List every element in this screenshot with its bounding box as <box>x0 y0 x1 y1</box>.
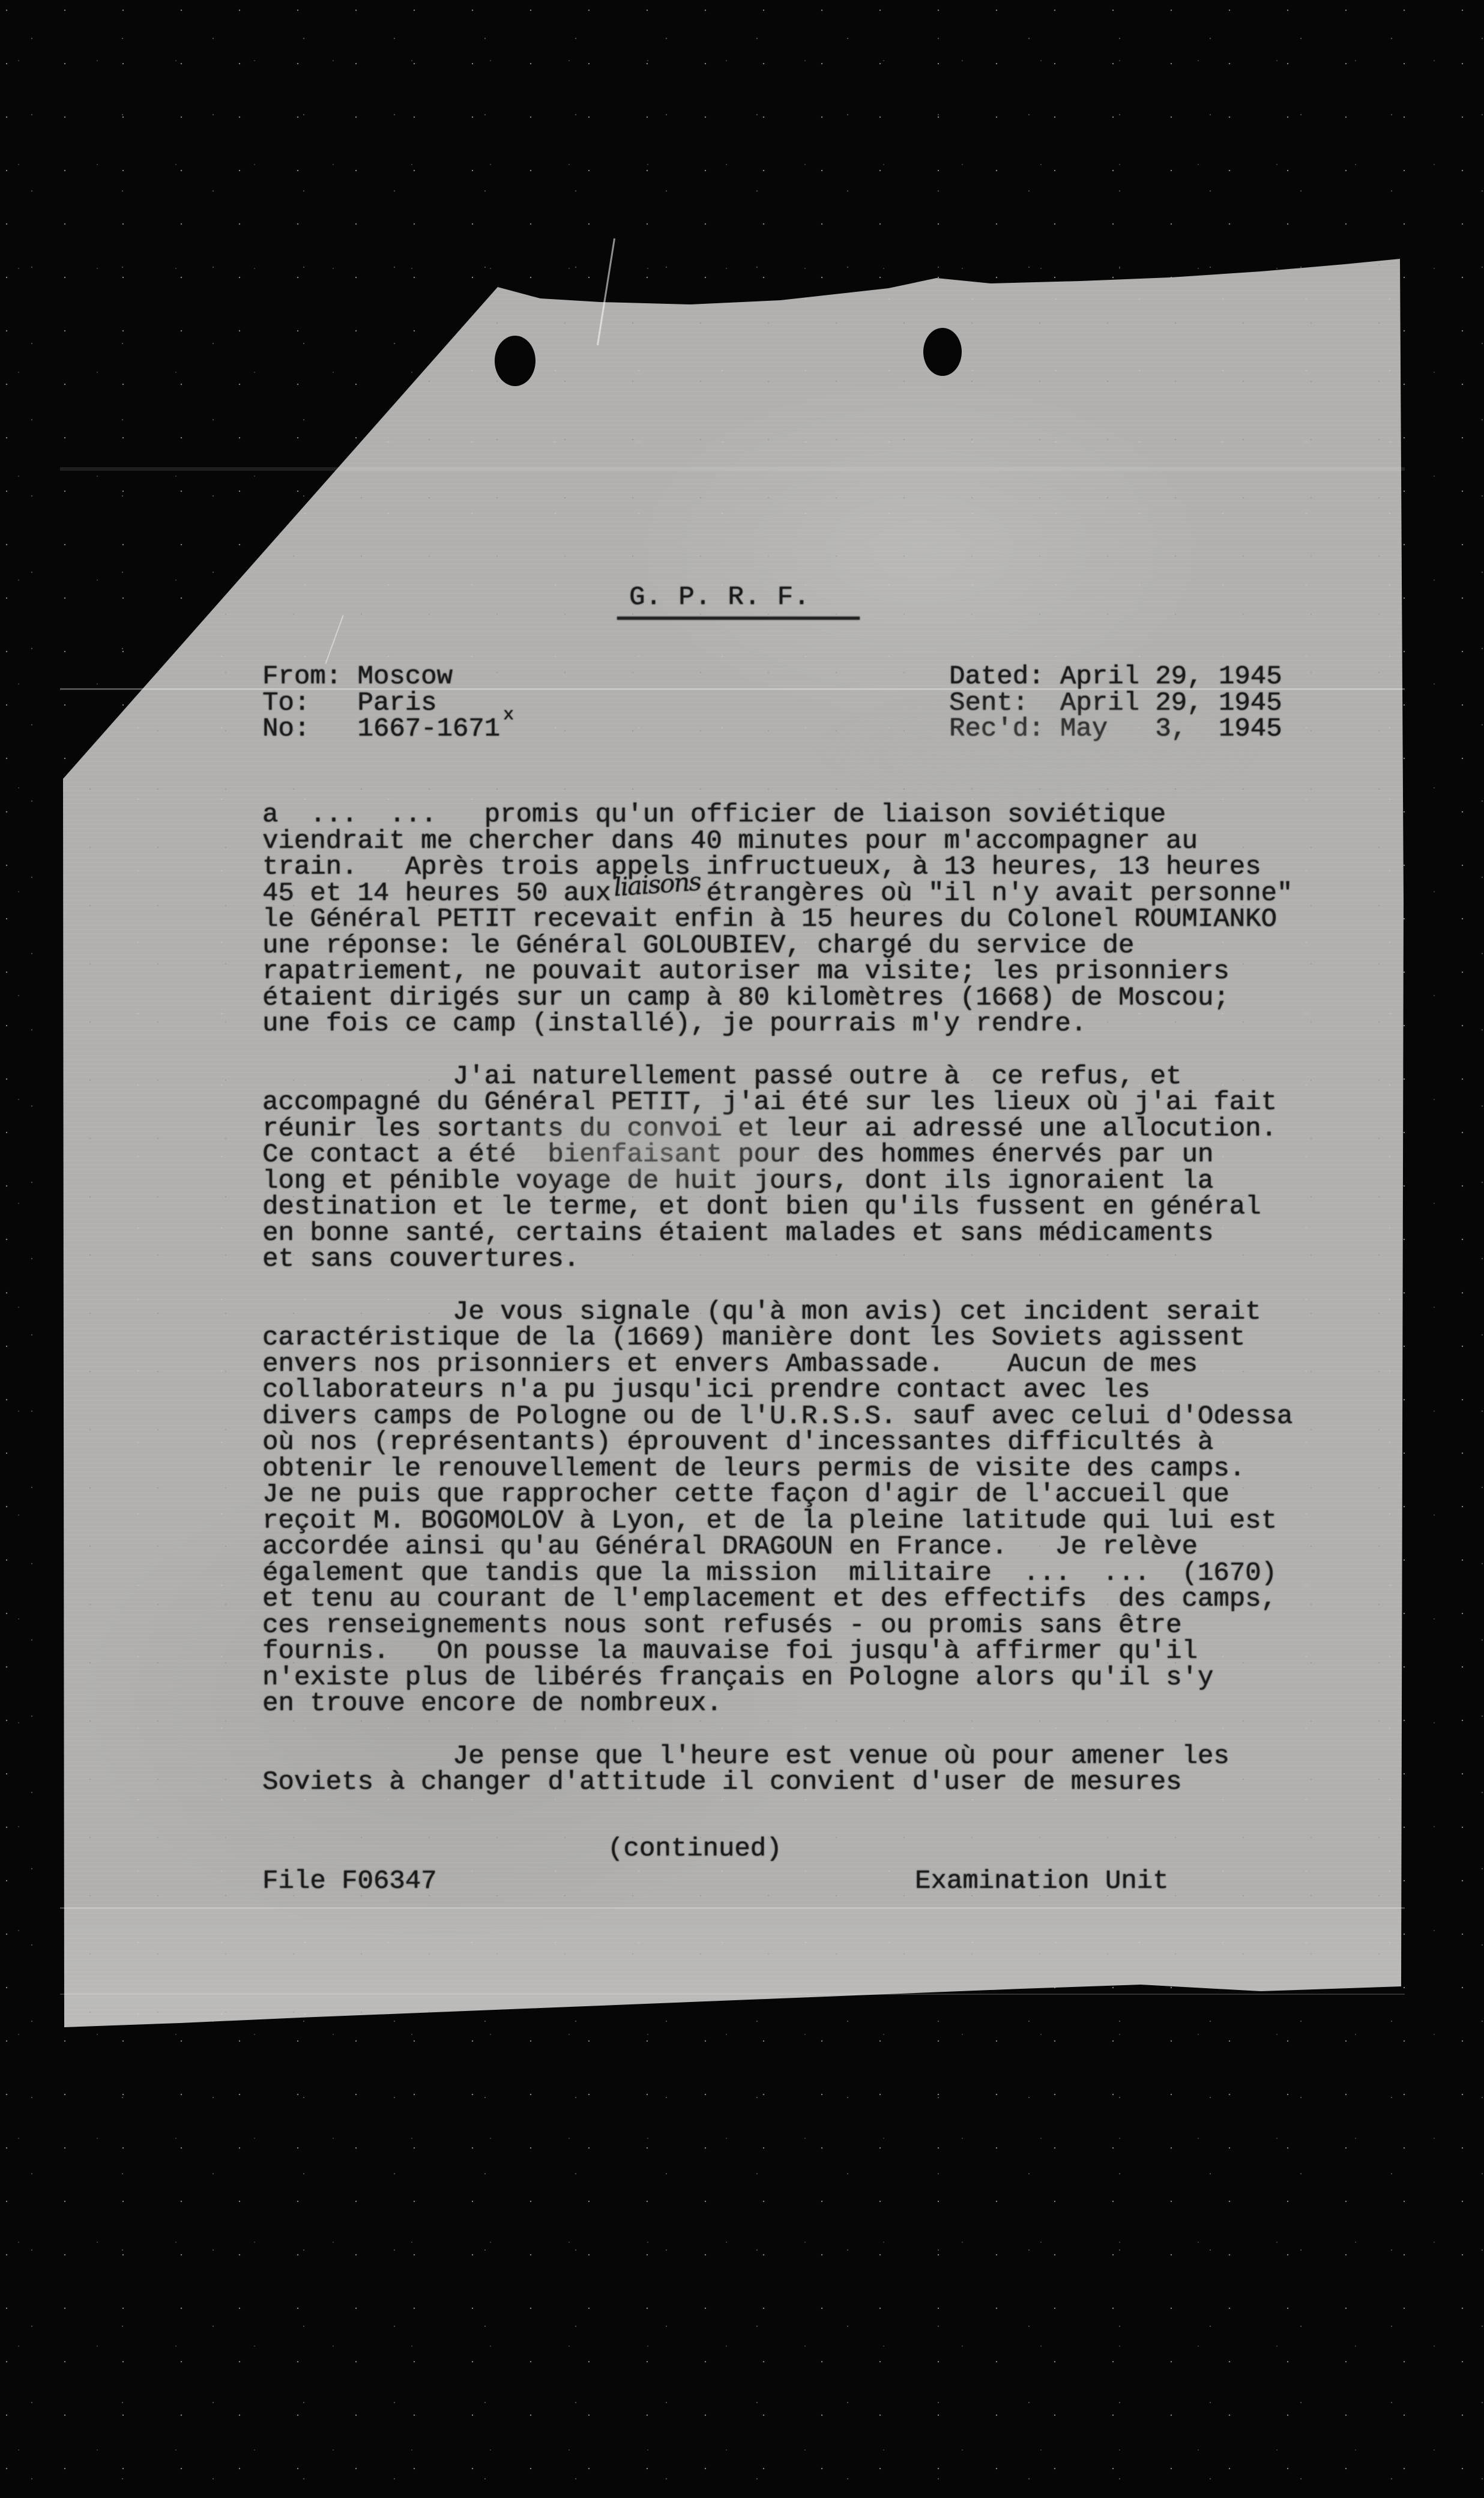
text-line: No: 1667-1671 <box>262 716 500 743</box>
examination-unit-label: Examination Unit <box>915 1869 1168 1895</box>
text-line: ces renseignements nous sont refusés - o… <box>262 1613 1292 1639</box>
text-line: une fois ce camp (installé), je pourrais… <box>262 1011 1292 1038</box>
text-line: To: Paris <box>262 691 500 717</box>
text-line: le Général PETIT recevait enfin à 15 heu… <box>262 907 1292 933</box>
text-line: où nos (représentants) éprouvent d'inces… <box>262 1430 1292 1456</box>
text-line: également que tandis que la mission mili… <box>262 1561 1292 1587</box>
text-line: en trouve encore de nombreux. <box>262 1691 1292 1717</box>
classification-title: G. P. R. F. <box>629 585 810 611</box>
text-line: étaient dirigés sur un camp à 80 kilomèt… <box>262 985 1292 1012</box>
header-from-to-no: From: MoscowTo: ParisNo: 1667-1671 <box>262 664 500 743</box>
text-line: envers nos prisonniers et envers Ambassa… <box>262 1352 1292 1378</box>
text-line: From: Moscow <box>262 664 500 691</box>
body-paragraph-2: J'ai naturellement passé outre à ce refu… <box>262 1064 1292 1273</box>
text-line: long et pénible voyage de huit jours, do… <box>262 1169 1292 1195</box>
text-line: et tenu au courant de l'emplacement et d… <box>262 1586 1292 1613</box>
text-line: destination et le terme, et dont bien qu… <box>262 1194 1292 1221</box>
telegram-number-superscript: x <box>503 706 514 724</box>
text-line: accompagné du Général PETIT, j'ai été su… <box>262 1090 1292 1116</box>
text-line: Ce contact a été bienfaisant pour des ho… <box>262 1142 1292 1169</box>
text-line: Sent: April 29, 1945 <box>949 691 1282 717</box>
body-paragraph-1: a ... ... promis qu'un officier de liais… <box>262 802 1292 1038</box>
message-body: a ... ... promis qu'un officier de liais… <box>262 802 1292 1796</box>
document-content: G. P. R. F. From: MoscowTo: ParisNo: 166… <box>0 0 1484 2498</box>
text-line: Je ne puis que rapprocher cette façon d'… <box>262 1482 1292 1508</box>
text-line: 45 et 14 heures 50 aux étrangères où "il… <box>262 881 1292 907</box>
text-line: et sans couvertures. <box>262 1247 1292 1273</box>
text-line: collaborateurs n'a pu jusqu'ici prendre … <box>262 1378 1292 1404</box>
text-line: Dated: April 29, 1945 <box>949 664 1282 691</box>
text-line: n'existe plus de libérés français en Pol… <box>262 1665 1292 1692</box>
continued-note: (continued) <box>608 1836 782 1863</box>
text-line: accordée ainsi qu'au Général DRAGOUN en … <box>262 1534 1292 1561</box>
text-line: obtenir le renouvellement de leurs permi… <box>262 1456 1292 1483</box>
text-line: une réponse: le Général GOLOUBIEV, charg… <box>262 933 1292 960</box>
file-reference: File F06347 <box>262 1869 436 1895</box>
text-line: réunir les sortants du convoi et leur ai… <box>262 1116 1292 1143</box>
text-line: fournis. On pousse la mauvaise foi jusqu… <box>262 1639 1292 1665</box>
text-line: viendrait me chercher dans 40 minutes po… <box>262 829 1292 855</box>
scan-background: G. P. R. F. From: MoscowTo: ParisNo: 166… <box>0 0 1484 2498</box>
text-line: divers camps de Pologne ou de l'U.R.S.S.… <box>262 1404 1292 1430</box>
body-paragraph-3: Je vous signale (qu'à mon avis) cet inci… <box>262 1299 1292 1717</box>
title-underline <box>617 617 860 620</box>
text-line: train. Après trois appels infructueux, à… <box>262 854 1292 881</box>
body-paragraph-4: Je pense que l'heure est venue où pour a… <box>262 1744 1292 1796</box>
text-line: caractéristique de la (1669) manière don… <box>262 1325 1292 1352</box>
text-line: rapatriement, ne pouvait autoriser ma vi… <box>262 959 1292 985</box>
text-line: a ... ... promis qu'un officier de liais… <box>262 802 1292 829</box>
text-line: Soviets à changer d'attitude il convient… <box>262 1770 1292 1796</box>
text-line: Je pense que l'heure est venue où pour a… <box>262 1744 1292 1770</box>
handwritten-insertion: liaisons <box>612 866 701 902</box>
text-line: J'ai naturellement passé outre à ce refu… <box>262 1064 1292 1090</box>
text-line: Rec'd: May 3, 1945 <box>949 716 1282 743</box>
text-line: reçoit M. BOGOMOLOV à Lyon, et de la ple… <box>262 1508 1292 1535</box>
text-line: en bonne santé, certains étaient malades… <box>262 1221 1292 1247</box>
header-dates: Dated: April 29, 1945Sent: April 29, 194… <box>949 664 1282 743</box>
text-line: Je vous signale (qu'à mon avis) cet inci… <box>262 1299 1292 1326</box>
